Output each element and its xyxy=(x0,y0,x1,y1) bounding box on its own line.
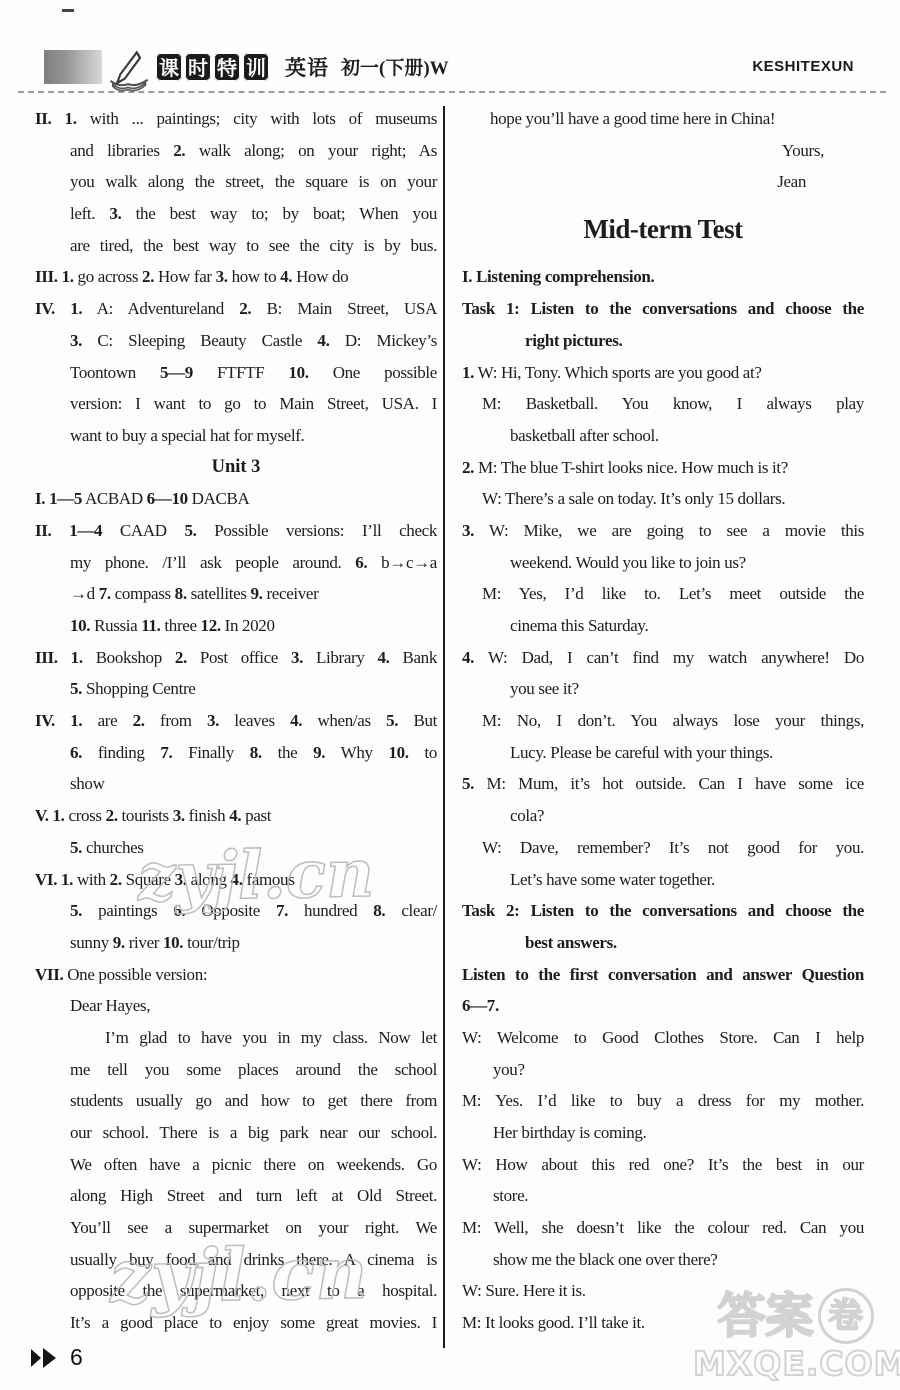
text-line: M: Yes, I’d like to. Let’s meet outside … xyxy=(462,578,864,610)
text-line: II. 1—4 CAAD 5. Possible versions: I’ll … xyxy=(35,515,437,547)
text-line: II. 1. with ... paintings; city with lot… xyxy=(35,103,437,135)
text-line: right pictures. xyxy=(462,325,864,357)
text-line: V. 1. cross 2. tourists 3. finish 4. pas… xyxy=(35,800,437,832)
text-line: IV. 1. A: Adventureland 2. B: Main Stree… xyxy=(35,293,437,325)
text-line: usually buy food and drinks there. A cin… xyxy=(35,1244,437,1276)
text-line: I’m glad to have you in my class. Now le… xyxy=(35,1022,437,1054)
text-line: I. 1—5 ACBAD 6—10 DACBA xyxy=(35,483,437,515)
text-line: cola? xyxy=(462,800,864,832)
scan-artifact xyxy=(62,9,74,12)
text-line: W: Sure. Here it is. xyxy=(462,1275,864,1307)
column-divider xyxy=(443,106,445,1348)
text-line: W: Welcome to Good Clothes Store. Can I … xyxy=(462,1022,864,1054)
logo-box: 课 xyxy=(156,53,182,81)
text-line: VI. 1. with 2. Square 3. along 4. famous xyxy=(35,864,437,896)
text-line: 10. Russia 11. three 12. In 2020 xyxy=(35,610,437,642)
text-line: I. Listening comprehension. xyxy=(462,261,864,293)
text-line: III. 1. go across 2. How far 3. how to 4… xyxy=(35,261,437,293)
text-line: want to buy a special hat for myself. xyxy=(35,420,437,452)
text-line: M: Yes. I’d like to buy a dress for my m… xyxy=(462,1085,864,1117)
text-line: Task 1: Listen to the conversations and … xyxy=(462,293,864,325)
text-line: 5. Shopping Centre xyxy=(35,673,437,705)
text-line: hope you’ll have a good time here in Chi… xyxy=(462,103,864,135)
section-title: Mid-term Test xyxy=(462,198,864,261)
text-line: 1. W: Hi, Tony. Which sports are you goo… xyxy=(462,357,864,389)
text-line: 5. paintings 6. Opposite 7. hundred 8. c… xyxy=(35,895,437,927)
text-line: M: No, I don’t. You always lose your thi… xyxy=(462,705,864,737)
logo-box: 时 xyxy=(185,53,211,81)
text-line: show me the black one over there? xyxy=(462,1244,864,1276)
text-line: Dear Hayes, xyxy=(35,990,437,1022)
text-line: are tired, the best way to see the city … xyxy=(35,230,437,262)
text-line: We often have a picnic there on weekends… xyxy=(35,1149,437,1181)
text-line: 6—7. xyxy=(462,990,864,1022)
text-line: Yours, xyxy=(462,135,864,167)
text-line: IV. 1. are 2. from 3. leaves 4. when/as … xyxy=(35,705,437,737)
text-line: It’s a good place to enjoy some great mo… xyxy=(35,1307,437,1339)
text-line: 6. finding 7. Finally 8. the 9. Why 10. … xyxy=(35,737,437,769)
brand-logo: 课 时 特 训 xyxy=(156,53,269,81)
page-chevron-icon xyxy=(30,1347,58,1369)
text-line: and libraries 2. walk along; on your rig… xyxy=(35,135,437,167)
text-line: VII. One possible version: xyxy=(35,959,437,991)
text-line: 4. W: Dad, I can’t find my watch anywher… xyxy=(462,642,864,674)
page-number: 6 xyxy=(70,1344,83,1371)
text-line: Her birthday is coming. xyxy=(462,1117,864,1149)
text-line: W: Dave, remember? It’s not good for you… xyxy=(462,832,864,864)
edition-label: 初一(下册)W xyxy=(341,53,449,80)
text-line: show xyxy=(35,768,437,800)
text-line: left. 3. the best way to; by boat; When … xyxy=(35,198,437,230)
text-line: cinema this Saturday. xyxy=(462,610,864,642)
text-line: our school. There is a big park near our… xyxy=(35,1117,437,1149)
text-line: along High Street and turn left at Old S… xyxy=(35,1180,437,1212)
badge-site: MXQE.COM xyxy=(693,1344,898,1384)
text-line: me tell you some places around the schoo… xyxy=(35,1054,437,1086)
text-line: Listen to the first conversation and ans… xyxy=(462,959,864,991)
text-line: 3. C: Sleeping Beauty Castle 4. D: Micke… xyxy=(35,325,437,357)
text-line: store. xyxy=(462,1180,864,1212)
text-line: you? xyxy=(462,1054,864,1086)
right-column: hope you’ll have a good time here in Chi… xyxy=(462,103,864,1339)
text-line: Jean xyxy=(462,166,864,198)
text-line: M: Well, she doesn’t like the colour red… xyxy=(462,1212,864,1244)
text-line: weekend. Would you like to join us? xyxy=(462,547,864,579)
text-line: →d 7. compass 8. satellites 9. receiver xyxy=(35,578,437,610)
page-footer: 6 xyxy=(30,1344,83,1371)
section-heading: Unit 3 xyxy=(35,452,437,484)
text-line: M: It looks good. I’ll take it. xyxy=(462,1307,864,1339)
text-line: You’ll see a supermarket on your right. … xyxy=(35,1212,437,1244)
brand-romanized: KESHITEXUN xyxy=(752,58,854,75)
text-line: 3. W: Mike, we are going to see a movie … xyxy=(462,515,864,547)
text-line: best answers. xyxy=(462,927,864,959)
text-line: my phone. /I’ll ask people around. 6. b→… xyxy=(35,547,437,579)
text-line: basketball after school. xyxy=(462,420,864,452)
text-line: students usually go and how to get there… xyxy=(35,1085,437,1117)
logo-gradient-block xyxy=(44,50,102,84)
text-line: you see it? xyxy=(462,673,864,705)
subject-label: 英语 xyxy=(285,52,329,82)
left-column: II. 1. with ... paintings; city with lot… xyxy=(35,103,437,1339)
text-line: W: How about this red one? It’s the best… xyxy=(462,1149,864,1181)
text-line: Let’s have some water together. xyxy=(462,864,864,896)
text-line: opposite the supermarket, next to a hosp… xyxy=(35,1275,437,1307)
pen-logo-icon xyxy=(104,49,152,93)
text-line: W: There’s a sale on today. It’s only 15… xyxy=(462,483,864,515)
text-line: III. 1. Bookshop 2. Post office 3. Libra… xyxy=(35,642,437,674)
text-line: sunny 9. river 10. tour/trip xyxy=(35,927,437,959)
text-line: 2. M: The blue T-shirt looks nice. How m… xyxy=(462,452,864,484)
text-line: Toontown 5—9 FTFTF 10. One possible xyxy=(35,357,437,389)
logo-box: 训 xyxy=(243,53,269,81)
text-line: M: Basketball. You know, I always play xyxy=(462,388,864,420)
logo-box: 特 xyxy=(214,53,240,81)
text-line: 5. M: Mum, it’s hot outside. Can I have … xyxy=(462,768,864,800)
text-line: you walk along the street, the square is… xyxy=(35,166,437,198)
text-line: 5. churches xyxy=(35,832,437,864)
page-header: 课 时 特 训 英语 初一(下册)W KESHITEXUN xyxy=(18,42,886,93)
text-line: Task 2: Listen to the conversations and … xyxy=(462,895,864,927)
text-line: Lucy. Please be careful with your things… xyxy=(462,737,864,769)
text-line: version: I want to go to Main Street, US… xyxy=(35,388,437,420)
